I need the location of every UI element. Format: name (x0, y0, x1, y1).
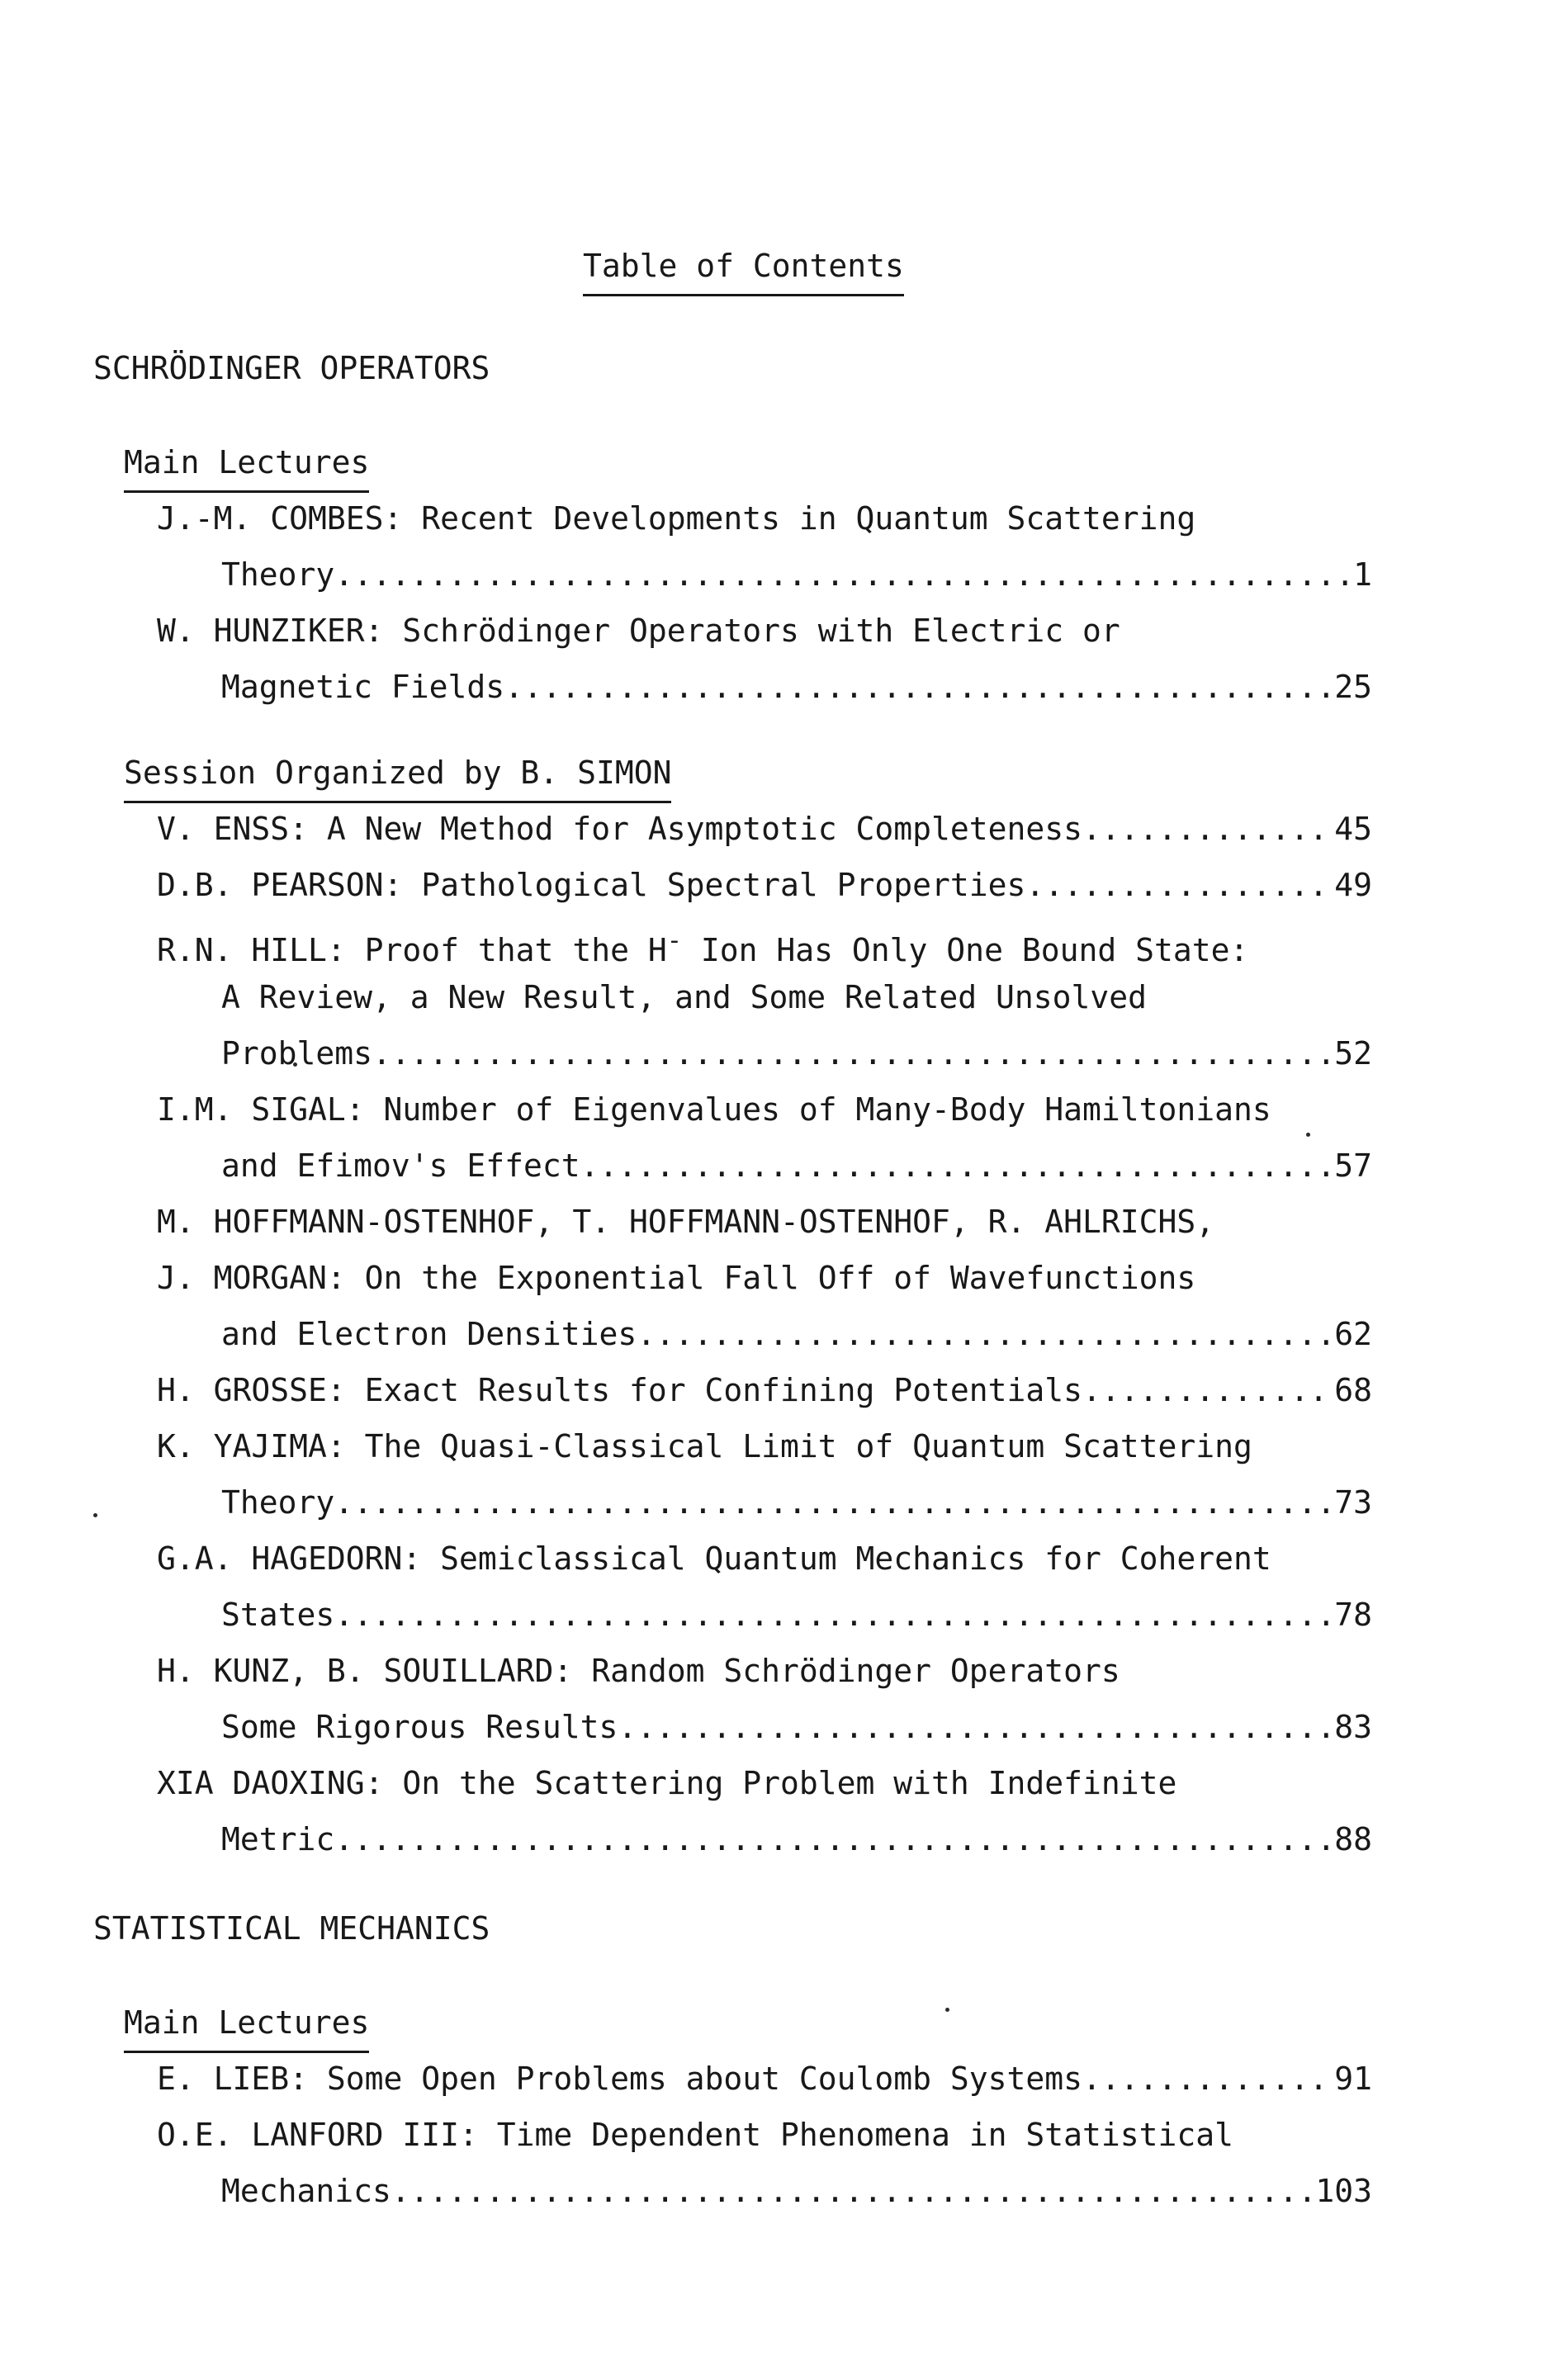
entry-tail-row: Theory1 (0, 547, 1372, 603)
entry-line-text: G.A. HAGEDORN: Semiclassical Quantum Mec… (157, 1531, 1271, 1587)
entry-tail-text: E. LIEB: Some Open Problems about Coulom… (157, 2051, 1082, 2107)
dot-leader (504, 659, 1334, 715)
entry-tail-row: States78 (0, 1587, 1372, 1643)
entry-line-row: H. KUNZ, B. SOUILLARD: Random Schrödinge… (0, 1643, 1372, 1699)
page-number: 78 (1334, 1587, 1372, 1643)
entry-tail-row: Some Rigorous Results83 (0, 1699, 1372, 1755)
toc-entry: H. KUNZ, B. SOUILLARD: Random Schrödinge… (0, 1643, 1372, 1755)
page-number: 91 (1334, 2051, 1372, 2107)
dot-leader (580, 1138, 1335, 1194)
page-number: 52 (1334, 1025, 1372, 1081)
section-title: STATISTICAL MECHANICS (93, 1900, 490, 1957)
entry-tail-row: H. GROSSE: Exact Results for Confining P… (0, 1362, 1372, 1418)
entry-tail-text: Mechanics (221, 2163, 391, 2219)
entry-tail-row: Mechanics103 (0, 2163, 1372, 2219)
dot-leader (334, 1587, 1334, 1643)
toc-section: SCHRÖDINGER OPERATORSMain LecturesJ.-M. … (0, 340, 1372, 1867)
toc-entry: D.B. PEARSON: Pathological Spectral Prop… (0, 857, 1372, 913)
dot-leader (1082, 2051, 1334, 2107)
entry-tail-row: and Efimov's Effect57 (0, 1138, 1372, 1194)
scanned-toc-page: Table of Contents SCHRÖDINGER OPERATORSM… (0, 0, 1548, 2380)
entry-tail-text: D.B. PEARSON: Pathological Spectral Prop… (157, 857, 1025, 913)
page-number: 68 (1334, 1362, 1372, 1418)
page-number: 62 (1334, 1306, 1372, 1362)
entry-tail-row: D.B. PEARSON: Pathological Spectral Prop… (0, 857, 1372, 913)
entry-line-text: M. HOFFMANN-OSTENHOF, T. HOFFMANN-OSTENH… (157, 1194, 1214, 1250)
toc-entry: H. GROSSE: Exact Results for Confining P… (0, 1362, 1372, 1418)
entry-tail-row: Problems52 (0, 1025, 1372, 1081)
entry-tail-row: E. LIEB: Some Open Problems about Coulom… (0, 2051, 1372, 2107)
page-number: 1 (1353, 547, 1372, 603)
dot-leader (618, 1699, 1334, 1755)
entry-line-text: J.-M. COMBES: Recent Developments in Qua… (157, 490, 1195, 547)
superscript-minus: - (667, 926, 682, 955)
dot-leader (637, 1306, 1334, 1362)
toc-entry: R.N. HILL: Proof that the H- Ion Has Onl… (0, 913, 1372, 1081)
entry-tail-row: and Electron Densities62 (0, 1306, 1372, 1362)
group-heading-row: Main Lectures (0, 1994, 1372, 2051)
page-title: Table of Contents (583, 238, 904, 296)
toc-entry: M. HOFFMANN-OSTENHOF, T. HOFFMANN-OSTENH… (0, 1194, 1372, 1362)
toc-entry: XIA DAOXING: On the Scattering Problem w… (0, 1755, 1372, 1867)
entry-line-row: G.A. HAGEDORN: Semiclassical Quantum Mec… (0, 1531, 1372, 1587)
page-number: 49 (1334, 857, 1372, 913)
section-title: SCHRÖDINGER OPERATORS (93, 340, 490, 396)
page-number: 45 (1334, 801, 1372, 857)
entry-tail-row: Theory73 (0, 1474, 1372, 1531)
toc-entry: I.M. SIGAL: Number of Eigenvalues of Man… (0, 1081, 1372, 1194)
entry-tail-text: Some Rigorous Results (221, 1699, 618, 1755)
entry-line-text: A Review, a New Result, and Some Related… (221, 969, 1147, 1025)
entry-tail-text: and Electron Densities (221, 1306, 637, 1362)
entry-tail-text: V. ENSS: A New Method for Asymptotic Com… (157, 801, 1082, 857)
entry-tail-text: States (221, 1587, 334, 1643)
group-heading: Main Lectures (124, 434, 369, 493)
entry-tail-row: Magnetic Fields25 (0, 659, 1372, 715)
entry-line-row: XIA DAOXING: On the Scattering Problem w… (0, 1755, 1372, 1811)
group-heading: Main Lectures (124, 1994, 369, 2053)
scan-speck (945, 2008, 949, 2012)
entry-line-row: R.N. HILL: Proof that the H- Ion Has Onl… (0, 913, 1372, 969)
toc-section: STATISTICAL MECHANICSMain LecturesE. LIE… (0, 1900, 1372, 2219)
entry-tail-text: Magnetic Fields (221, 659, 504, 715)
entry-tail-text: Metric (221, 1811, 334, 1867)
dot-leader (1082, 801, 1334, 857)
entry-line-row: M. HOFFMANN-OSTENHOF, T. HOFFMANN-OSTENH… (0, 1194, 1372, 1250)
entry-line-text: H. KUNZ, B. SOUILLARD: Random Schrödinge… (157, 1643, 1120, 1699)
toc-entry: G.A. HAGEDORN: Semiclassical Quantum Mec… (0, 1531, 1372, 1643)
dot-leader (1025, 857, 1334, 913)
dot-leader (334, 547, 1353, 603)
entry-tail-text: Theory (221, 547, 334, 603)
scan-speck (93, 1513, 97, 1517)
group-heading-row: Session Organized by B. SIMON (0, 745, 1372, 801)
scan-speck (1306, 1133, 1310, 1137)
dot-leader (334, 1474, 1334, 1531)
entry-tail-text: Problems (221, 1025, 372, 1081)
entry-line-text: K. YAJIMA: The Quasi-Classical Limit of … (157, 1418, 1252, 1474)
page-number: 83 (1334, 1699, 1372, 1755)
page-number: 103 (1315, 2163, 1372, 2219)
entry-line-row: O.E. LANFORD III: Time Dependent Phenome… (0, 2107, 1372, 2163)
toc-entry: K. YAJIMA: The Quasi-Classical Limit of … (0, 1418, 1372, 1531)
scan-speck (293, 1062, 297, 1067)
entry-line-row: K. YAJIMA: The Quasi-Classical Limit of … (0, 1418, 1372, 1474)
dot-leader (391, 2163, 1315, 2219)
page-number: 73 (1334, 1474, 1372, 1531)
toc-entry: V. ENSS: A New Method for Asymptotic Com… (0, 801, 1372, 857)
page-number: 88 (1334, 1811, 1372, 1867)
group-heading: Session Organized by B. SIMON (124, 745, 671, 803)
toc-entry: W. HUNZIKER: Schrödinger Operators with … (0, 603, 1372, 715)
entry-tail-row: Metric88 (0, 1811, 1372, 1867)
entry-line-text: O.E. LANFORD III: Time Dependent Phenome… (157, 2107, 1233, 2163)
entry-line-text: XIA DAOXING: On the Scattering Problem w… (157, 1755, 1176, 1811)
entry-tail-text: and Efimov's Effect (221, 1138, 580, 1194)
entry-line-row: J. MORGAN: On the Exponential Fall Off o… (0, 1250, 1372, 1306)
page-number: 57 (1334, 1138, 1372, 1194)
entry-tail-text: H. GROSSE: Exact Results for Confining P… (157, 1362, 1082, 1418)
entry-tail-text: Theory (221, 1474, 334, 1531)
dot-leader (1082, 1362, 1334, 1418)
group-heading-row: Main Lectures (0, 434, 1372, 490)
toc-entry: O.E. LANFORD III: Time Dependent Phenome… (0, 2107, 1372, 2219)
entry-line-text: W. HUNZIKER: Schrödinger Operators with … (157, 603, 1120, 659)
page-number: 25 (1334, 659, 1372, 715)
entry-tail-row: V. ENSS: A New Method for Asymptotic Com… (0, 801, 1372, 857)
entry-line-row: I.M. SIGAL: Number of Eigenvalues of Man… (0, 1081, 1372, 1138)
dot-leader (372, 1025, 1334, 1081)
entry-line-text: I.M. SIGAL: Number of Eigenvalues of Man… (157, 1081, 1271, 1138)
toc: SCHRÖDINGER OPERATORSMain LecturesJ.-M. … (0, 340, 1372, 2219)
section-title-row: STATISTICAL MECHANICS (0, 1900, 1372, 1957)
toc-entry: J.-M. COMBES: Recent Developments in Qua… (0, 490, 1372, 603)
section-title-row: SCHRÖDINGER OPERATORS (0, 340, 1372, 396)
page-title-row: Table of Contents (0, 238, 1548, 294)
entry-line-text: J. MORGAN: On the Exponential Fall Off o… (157, 1250, 1195, 1306)
entry-line-row: J.-M. COMBES: Recent Developments in Qua… (0, 490, 1372, 547)
toc-entry: E. LIEB: Some Open Problems about Coulom… (0, 2051, 1372, 2107)
entry-line-row: W. HUNZIKER: Schrödinger Operators with … (0, 603, 1372, 659)
dot-leader (334, 1811, 1334, 1867)
